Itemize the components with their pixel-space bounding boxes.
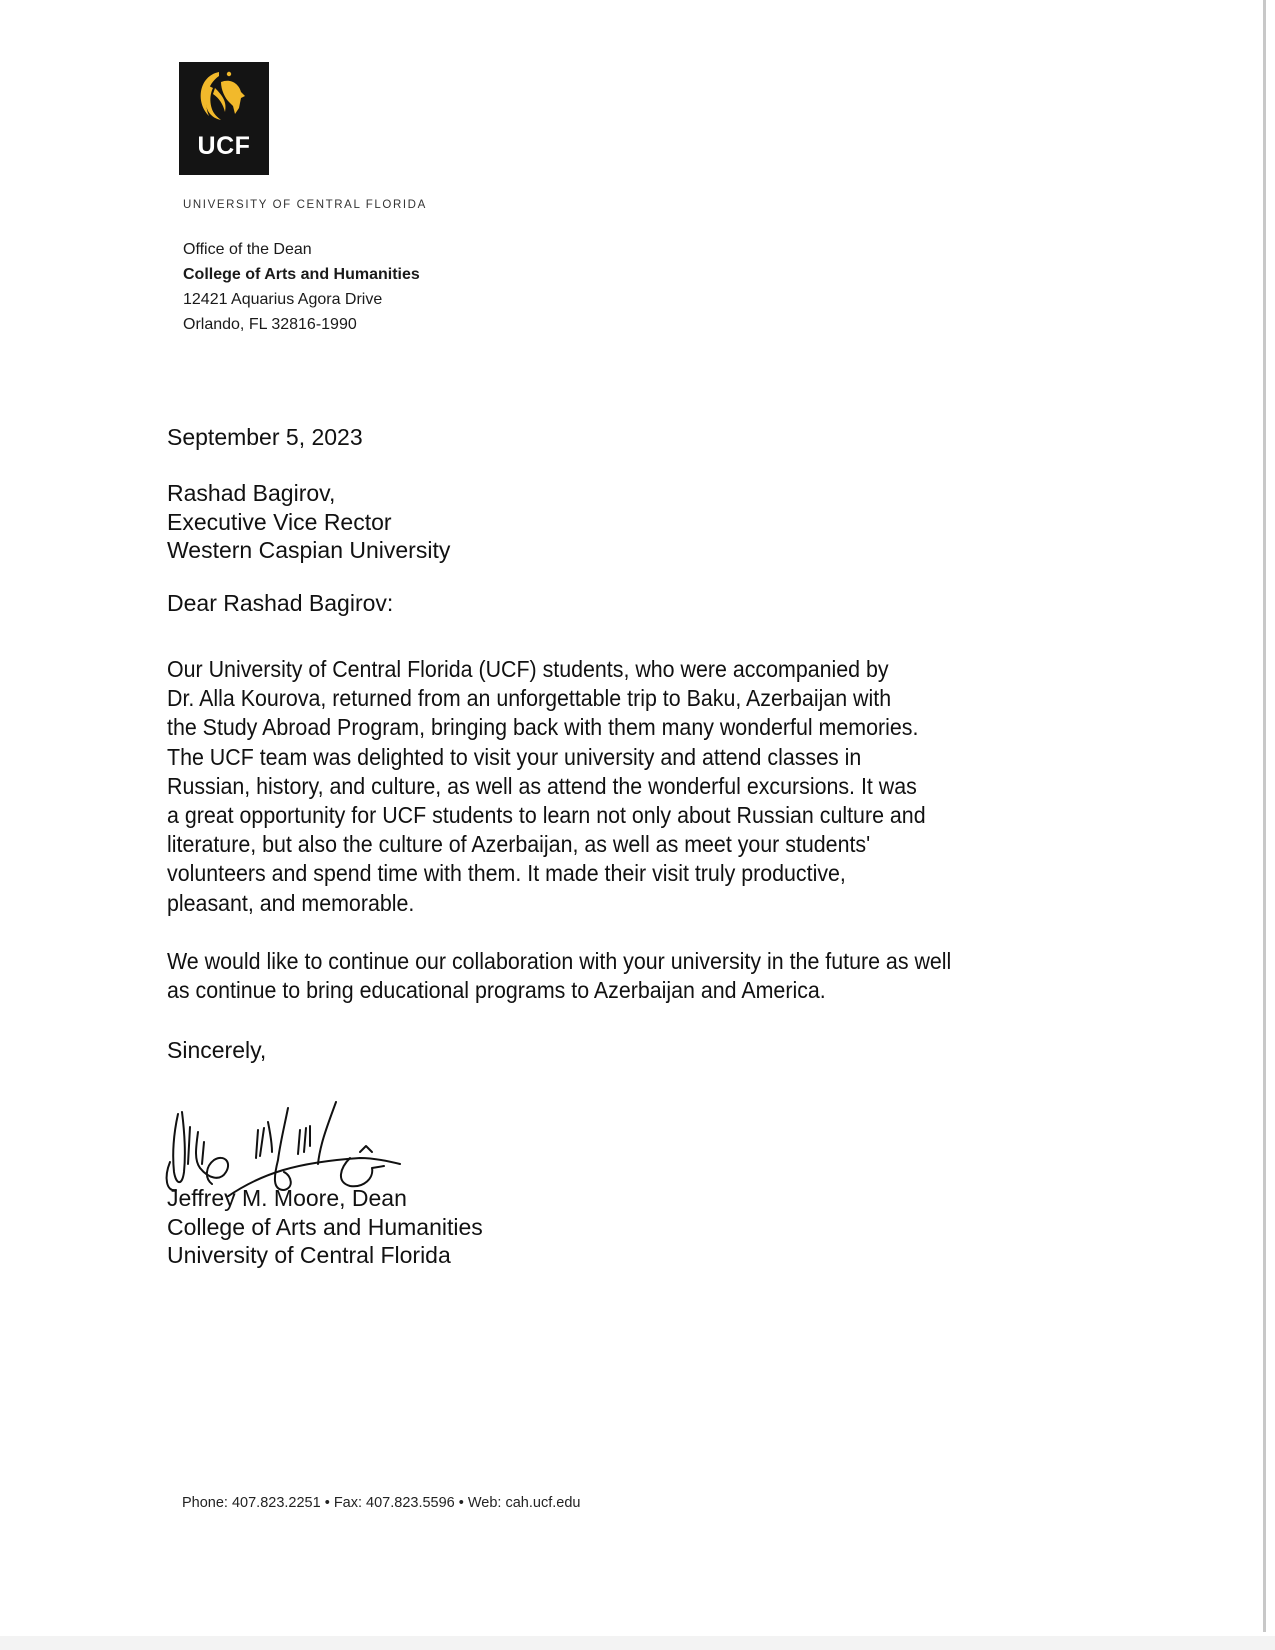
body-paragraph-1: Our University of Central Florida (UCF) … xyxy=(167,655,1041,918)
pegasus-icon xyxy=(179,62,269,132)
paragraph-line: The UCF team was delighted to visit your… xyxy=(167,743,1041,772)
paragraph-line: the Study Abroad Program, bringing back … xyxy=(167,713,1041,742)
signer-name: Jeffrey M. Moore, Dean xyxy=(167,1184,483,1213)
paragraph-line: as continue to bring educational program… xyxy=(167,976,1041,1005)
recipient-block: Rashad Bagirov, Executive Vice Rector We… xyxy=(167,479,450,565)
paragraph-line: a great opportunity for UCF students to … xyxy=(167,801,1041,830)
office-name: Office of the Dean xyxy=(183,237,420,262)
university-name: UNIVERSITY OF CENTRAL FLORIDA xyxy=(183,199,427,211)
paragraph-line: literature, but also the culture of Azer… xyxy=(167,830,1041,859)
closing: Sincerely, xyxy=(167,1037,266,1064)
recipient-organization: Western Caspian University xyxy=(167,536,450,565)
signer-college: College of Arts and Humanities xyxy=(167,1213,483,1242)
paragraph-line: Our University of Central Florida (UCF) … xyxy=(167,655,1041,684)
contact-footer: Phone: 407.823.2251 • Fax: 407.823.5596 … xyxy=(182,1495,580,1511)
body-paragraph-2: We would like to continue our collaborat… xyxy=(167,947,1041,1005)
signoff-block: Jeffrey M. Moore, Dean College of Arts a… xyxy=(167,1184,483,1270)
paragraph-line: Dr. Alla Kourova, returned from an unfor… xyxy=(167,684,1041,713)
letter-date: September 5, 2023 xyxy=(167,424,363,451)
office-address-block: Office of the Dean College of Arts and H… xyxy=(183,237,420,337)
college-name: College of Arts and Humanities xyxy=(183,262,420,287)
page-bottom-edge xyxy=(0,1636,1275,1650)
logo-text: UCF xyxy=(179,132,269,161)
salutation: Dear Rashad Bagirov: xyxy=(167,590,393,617)
ucf-logo: UCF xyxy=(179,62,269,175)
recipient-title: Executive Vice Rector xyxy=(167,508,450,537)
signer-university: University of Central Florida xyxy=(167,1241,483,1270)
recipient-name: Rashad Bagirov, xyxy=(167,479,450,508)
signature-icon xyxy=(160,1072,420,1202)
paragraph-line: volunteers and spend time with them. It … xyxy=(167,859,1041,888)
paragraph-line: Russian, history, and culture, as well a… xyxy=(167,772,1041,801)
street-address: 12421 Aquarius Agora Drive xyxy=(183,287,420,312)
city-state-zip: Orlando, FL 32816-1990 xyxy=(183,312,420,337)
paragraph-line: pleasant, and memorable. xyxy=(167,889,1041,918)
paragraph-line: We would like to continue our collaborat… xyxy=(167,947,1041,976)
page-edge-line xyxy=(1263,0,1266,1632)
